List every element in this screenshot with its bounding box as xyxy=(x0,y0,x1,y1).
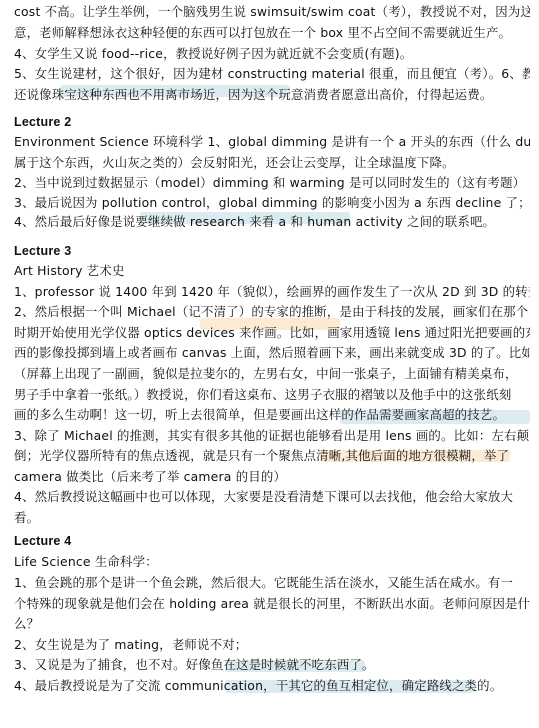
body-line: 3、除了 Michael 的推测，其实有很多其他的证据也能够看出是用 lens … xyxy=(14,426,530,446)
body-line: camera 做类比（后来考了举 camera 的目的） xyxy=(14,467,530,487)
body-line: Art History 艺术史 xyxy=(14,261,530,281)
body-line: 4、女学生又说 food--rice，教授说好例子因为就近就不会变质(有题)。 xyxy=(14,44,530,64)
body-line: （屏幕上出现了一副画，貌似是拉斐尔的，左男右女，中间一张桌子，上面铺有精美桌布， xyxy=(14,364,530,384)
body-line: 画的多么生动啊！这一切，听上去很简单，但是要画出这样的作品需要画家高超的技艺。 xyxy=(14,405,530,425)
lecture-2-heading: Lecture 2 xyxy=(14,112,530,132)
body-line: 时期开始使用光学仪器 optics devices 来作画。比如，画家用透镜 l… xyxy=(14,323,530,343)
body-line: 么？ xyxy=(14,614,530,634)
body-line: 男子手中拿着一张纸。）教授说，你们看这桌布、这男子衣服的褶皱以及他手中的这张纸刻 xyxy=(14,385,530,405)
body-line: 2、女生说是为了 mating，老师说不对； xyxy=(14,635,530,655)
body-line: 5、女生说建材，这个很好，因为建材 constructing material … xyxy=(14,64,530,84)
body-line: 意，老师解释想泳衣这种轻便的东西可以打包放在一个 box 里不占空间不需要就近生… xyxy=(14,23,530,43)
body-line: Life Science 生命科学： xyxy=(14,552,530,572)
body-line: 看。 xyxy=(14,508,530,528)
body-line: 1、鱼会跳的那个是讲一个鱼会跳，然后很大。它既能生活在淡水，又能生活在咸水。有一 xyxy=(14,573,530,593)
body-line: 个特殊的现象就是他们会在 holding area 就是很长的河里，不断跃出水面… xyxy=(14,594,530,614)
body-line: 3、最后说因为 pollution control，global dimming… xyxy=(14,193,530,213)
body-line: 3、又说是为了捕食，也不对。好像鱼在这是时候就不吃东西了。 xyxy=(14,655,530,675)
body-line: 4、然后教授说这幅画中也可以体现，大家要是没看清楚下课可以去找他，他会给大家放大 xyxy=(14,487,530,507)
body-line: 西的影像投掷到墙上或者画布 canvas 上面，然后照着画下来，画出来就变成 3… xyxy=(14,343,530,363)
body-line: 属于这个东西，火山灰之类的）会反射阳光，还会让云变厚，让全球温度下降。 xyxy=(14,153,530,173)
body-line: 2、然后根据一个叫 Michael（记不清了）的专家的推断，是由于科技的发展，画… xyxy=(14,302,530,322)
body-line: 4、然后最后好像是说要继续做 research 来看 a 和 human act… xyxy=(14,212,530,232)
document-page: cost 不高。让学生举例，一个脑残男生说 swimsuit/swim coat… xyxy=(0,0,539,728)
body-line: 还说像珠宝这种东西也不用离市场近，因为这个玩意消费者愿意出高价，付得起运费。 xyxy=(14,85,530,105)
body-line: 2、当中说到过数据显示（model）dimming 和 warming 是可以同… xyxy=(14,173,530,193)
body-line: 倒；光学仪器所特有的焦点透视，就是只有一个聚焦点清晰,其他后面的地方很模糊，举了 xyxy=(14,446,530,466)
body-line: Environment Science 环境科学 1、global dimmin… xyxy=(14,132,530,152)
body-line: 4、最后教授说是为了交流 communication，干其它的鱼互相定位，确定路… xyxy=(14,676,530,696)
body-line: 1、professor 说 1400 年到 1420 年（貌似），绘画界的画作发… xyxy=(14,282,530,302)
lecture-4-heading: Lecture 4 xyxy=(14,531,530,551)
lecture-3-heading: Lecture 3 xyxy=(14,241,530,261)
body-line: cost 不高。让学生举例，一个脑残男生说 swimsuit/swim coat… xyxy=(14,2,530,22)
